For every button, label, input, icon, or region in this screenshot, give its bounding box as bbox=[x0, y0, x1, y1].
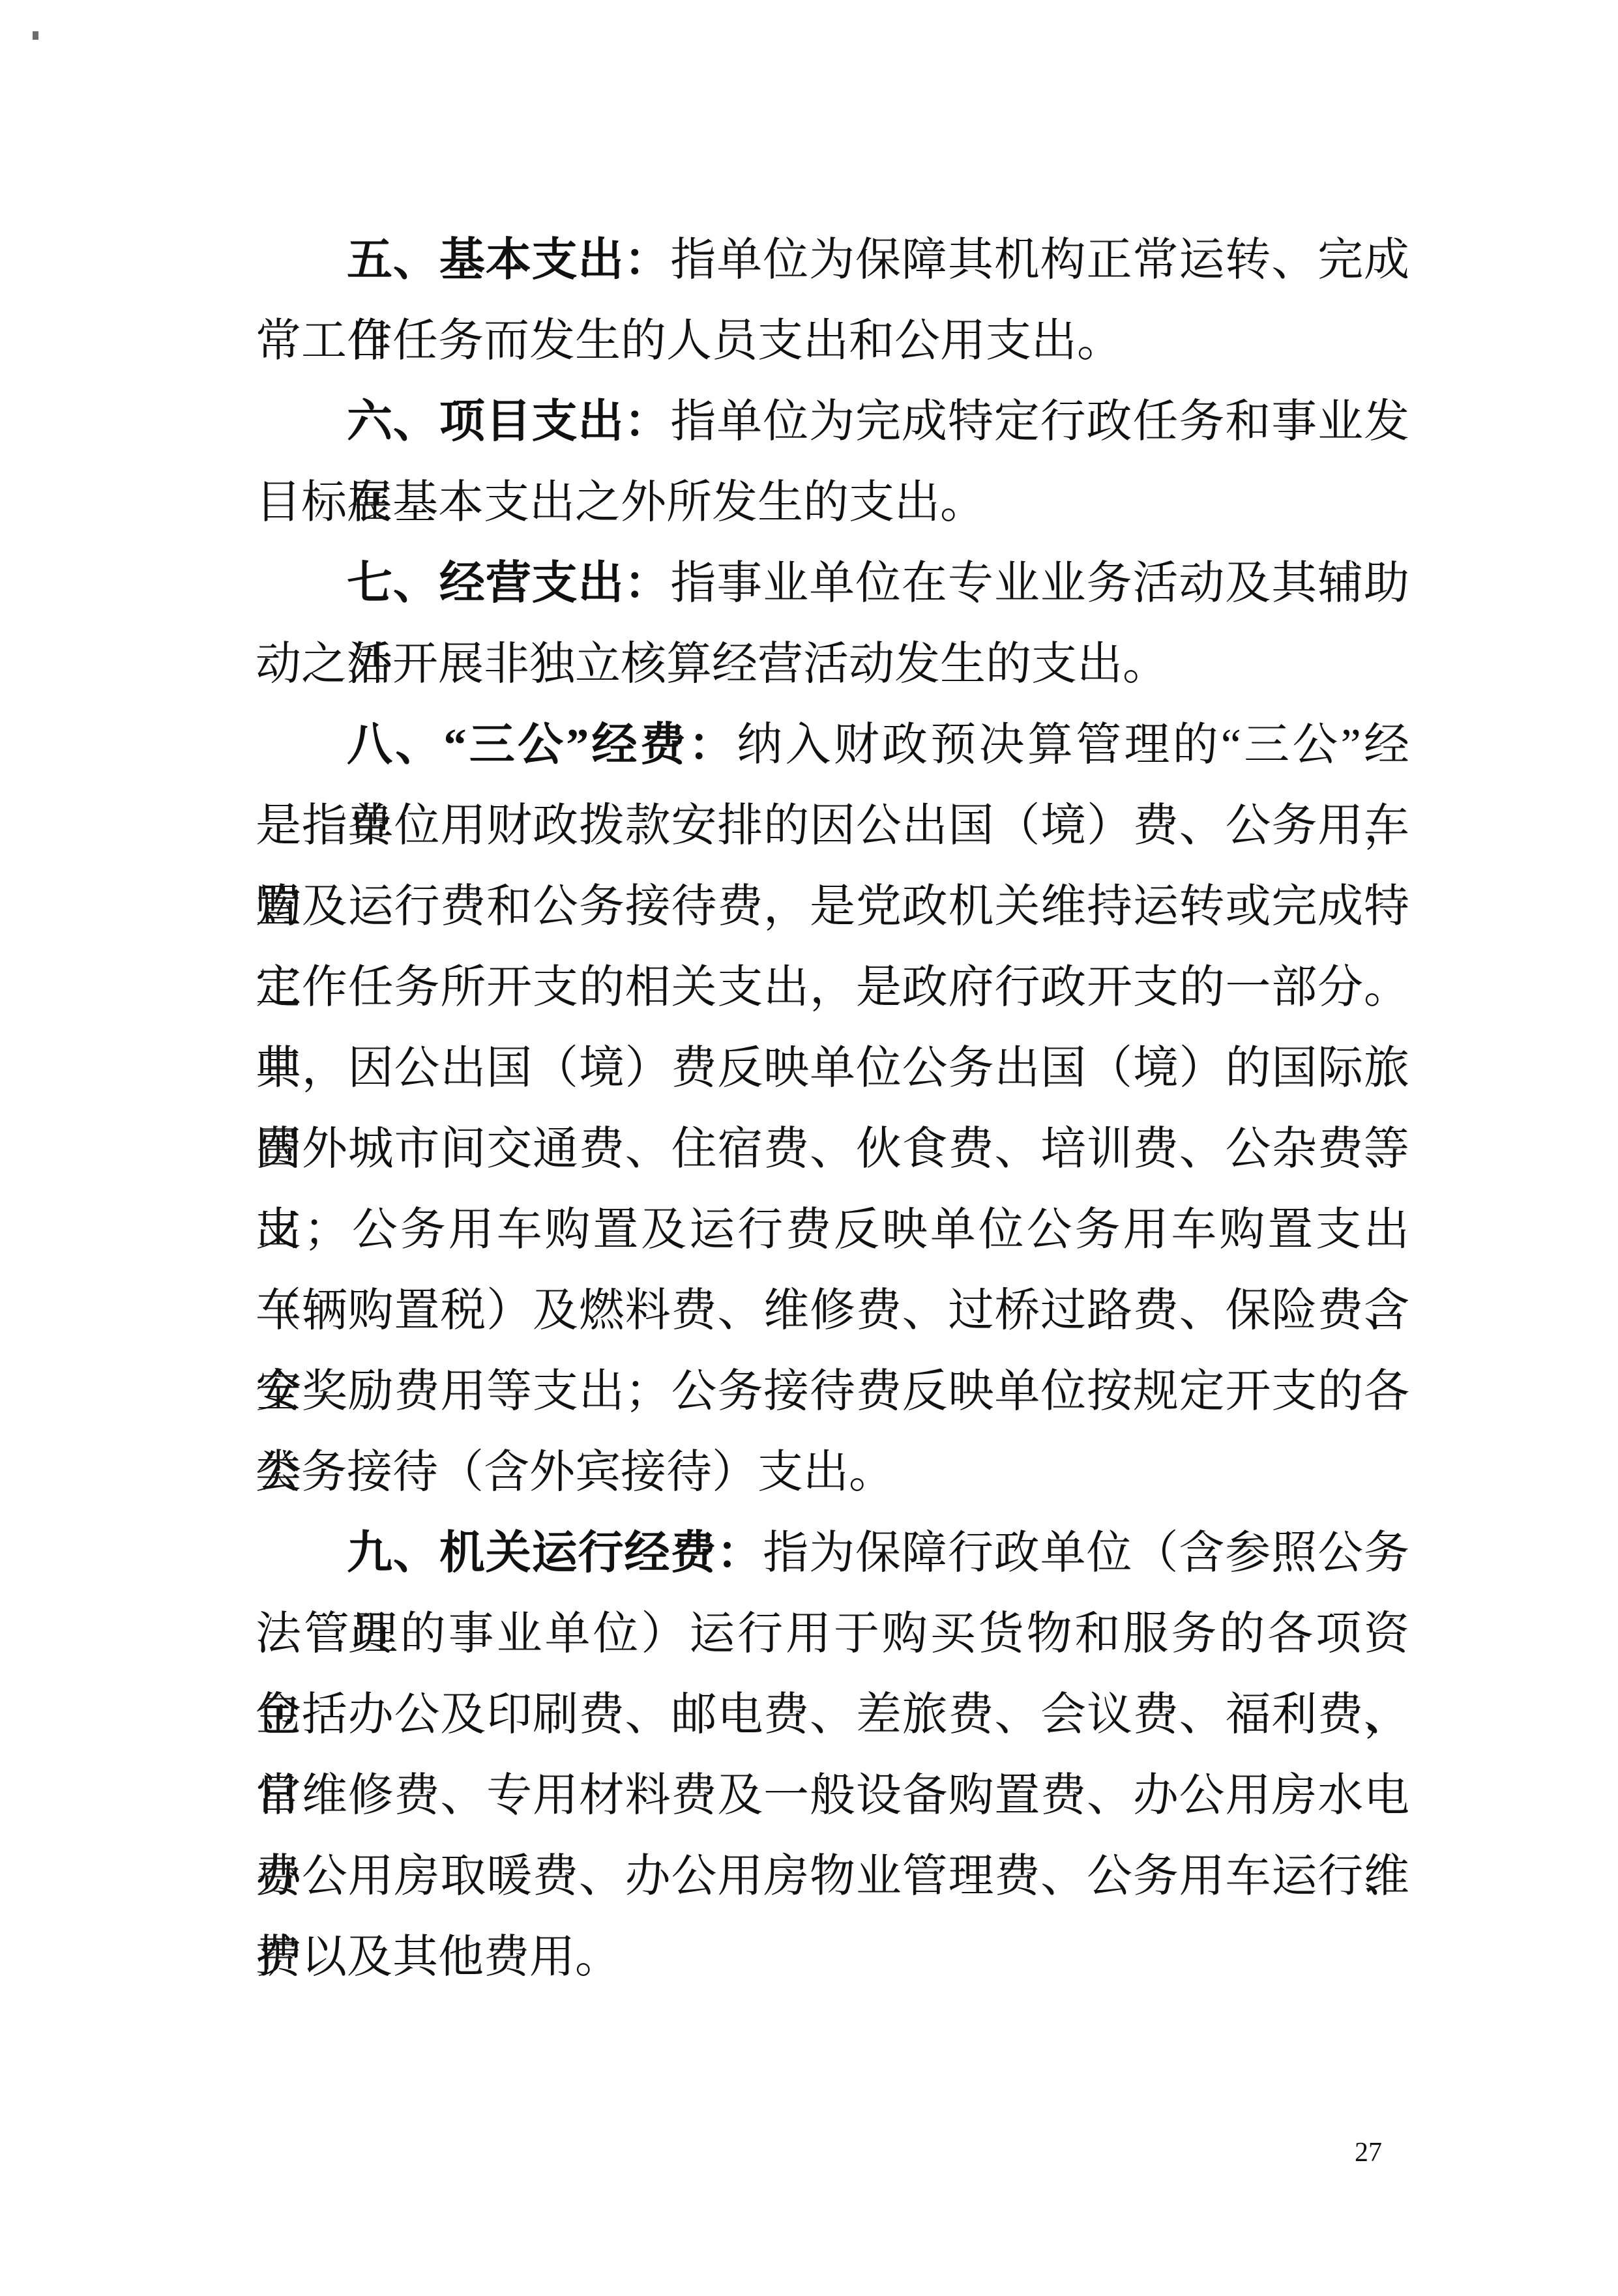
text-block: 五、基本支出：指单位为保障其机构正常运转、完成日常工作任务而发生的人员支出和公用… bbox=[256, 220, 1409, 1998]
text-line: 办公用房取暖费、办公用房物业管理费、公务用车运行维护 bbox=[256, 1837, 1409, 1917]
text-line: 出；公务用车购置及运行费反映单位公务用车购置支出（含 bbox=[256, 1190, 1409, 1271]
text-line: 六、项目支出：指单位为完成特定行政任务和事业发展 bbox=[256, 382, 1409, 463]
term-heading: 九、机关运行经费： bbox=[347, 1528, 763, 1578]
text-line: 九、机关运行经费：指为保障行政单位（含参照公务员 bbox=[256, 1513, 1409, 1594]
text-line: 车辆购置税）及燃料费、维修费、过桥过路费、保险费、安 bbox=[256, 1271, 1409, 1352]
term-heading: 七、经营支出： bbox=[347, 559, 670, 609]
text-line: 八、“三公”经费：纳入财政预决算管理的“三公”经费， bbox=[256, 705, 1409, 786]
text-line: 费以及其他费用。 bbox=[256, 1917, 1409, 1998]
term-heading: 五、基本支出： bbox=[347, 235, 670, 285]
text-line: 常工作任务而发生的人员支出和公用支出。 bbox=[256, 301, 1409, 382]
text-line: 常维修费、专用材料费及一般设备购置费、办公用房水电费、 bbox=[256, 1756, 1409, 1837]
text-line: 公务接待（含外宾接待）支出。 bbox=[256, 1432, 1409, 1513]
term-heading: 八、“三公”经费： bbox=[347, 720, 737, 770]
text-line: 国外城市间交通费、住宿费、伙食费、培训费、公杂费等支 bbox=[256, 1109, 1409, 1190]
text-line: 包括办公及印刷费、邮电费、差旅费、会议费、福利费、日 bbox=[256, 1675, 1409, 1756]
text-line: 目标在基本支出之外所发生的支出。 bbox=[256, 463, 1409, 544]
scan-artifact bbox=[33, 31, 38, 40]
text-line: 中，因公出国（境）费反映单位公务出国（境）的国际旅费、 bbox=[256, 1028, 1409, 1109]
text-line: 七、经营支出：指事业单位在专业业务活动及其辅助活 bbox=[256, 544, 1409, 624]
text-line: 工作任务所开支的相关支出，是政府行政开支的一部分。其 bbox=[256, 948, 1409, 1028]
term-heading: 六、项目支出： bbox=[347, 397, 670, 447]
text-line: 五、基本支出：指单位为保障其机构正常运转、完成日 bbox=[256, 220, 1409, 301]
text-line: 全奖励费用等支出；公务接待费反映单位按规定开支的各类 bbox=[256, 1352, 1409, 1432]
text-line: 动之外开展非独立核算经营活动发生的支出。 bbox=[256, 624, 1409, 705]
text-line: 法管理的事业单位）运行用于购买货物和服务的各项资金， bbox=[256, 1594, 1409, 1675]
text-line: 是指单位用财政拨款安排的因公出国（境）费、公务用车购 bbox=[256, 786, 1409, 867]
document-page: 五、基本支出：指单位为保障其机构正常运转、完成日常工作任务而发生的人员支出和公用… bbox=[0, 0, 1618, 2296]
page-number: 27 bbox=[1355, 2136, 1382, 2169]
text-line: 置及运行费和公务接待费，是党政机关维持运转或完成特定 bbox=[256, 867, 1409, 948]
